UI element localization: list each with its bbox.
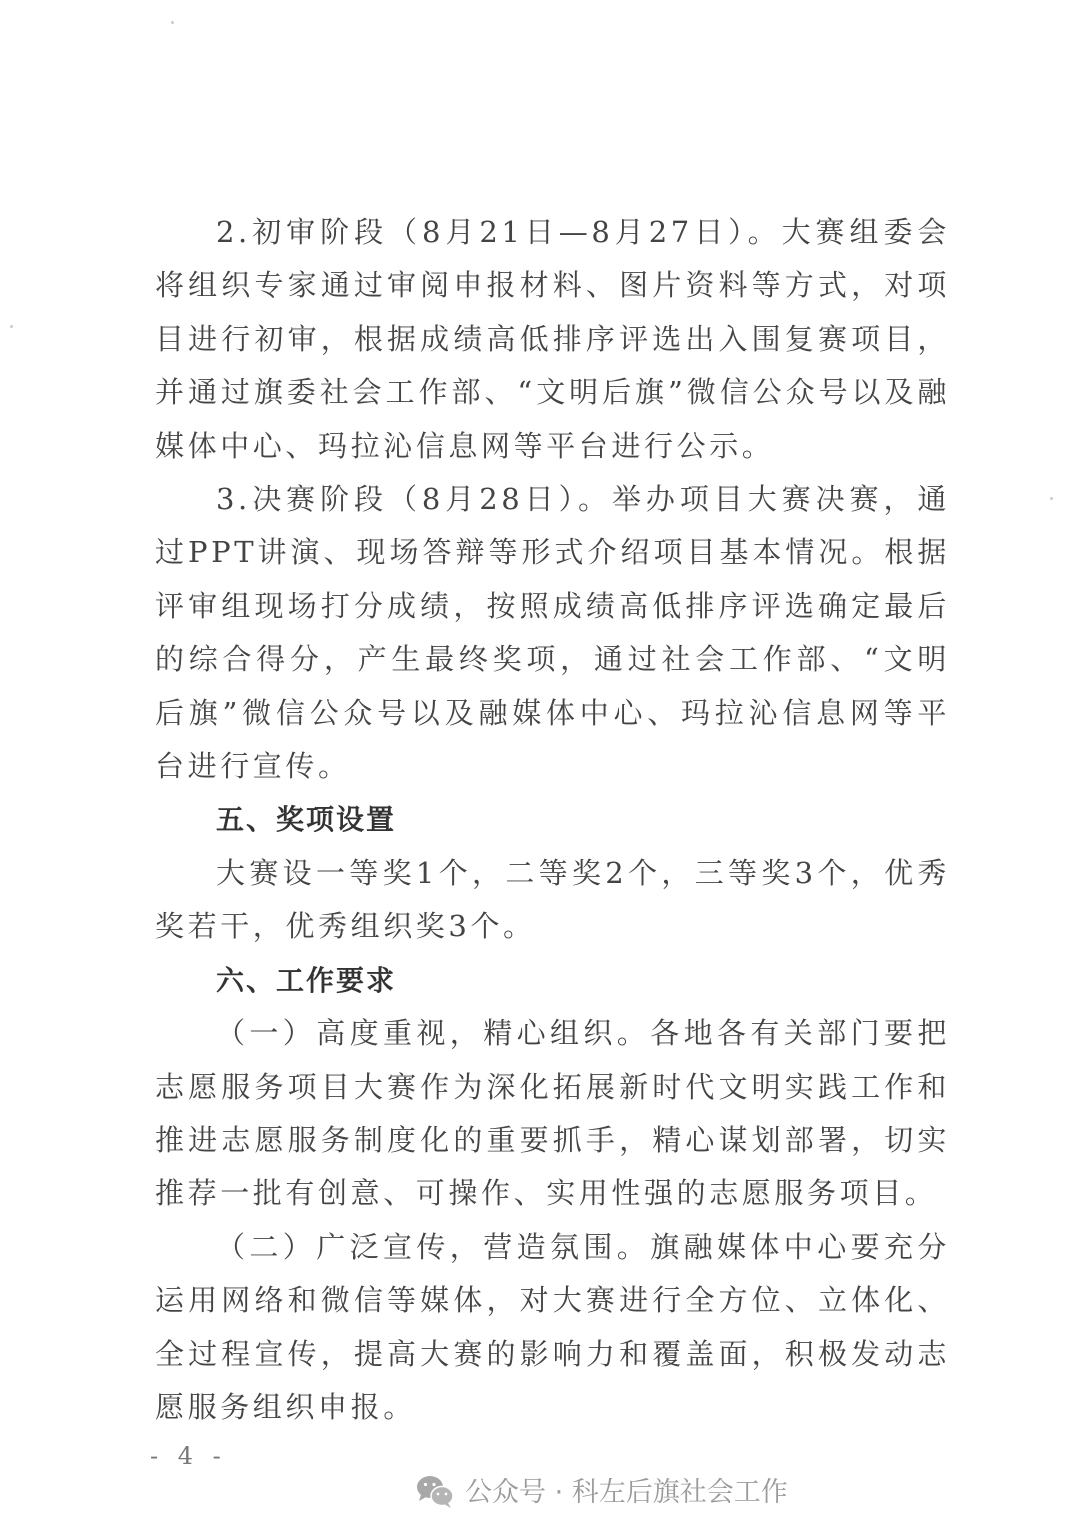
paragraph-requirement-1: （一）高度重视，精心组织。各地各有关部门要把志愿服务项目大赛作为深化拓展新时代文… (155, 1007, 950, 1221)
document-body: 2.初审阶段（8月21日—8月27日）。大赛组委会将组织专家通过审阅申报材料、图… (155, 206, 950, 1434)
paragraph-final-round: 3.决赛阶段（8月28日）。举办项目大赛决赛，通过PPT讲演、现场答辩等形式介绍… (155, 473, 950, 793)
scan-speck (1050, 497, 1053, 500)
wechat-watermark: 公众号 · 科左后旗社会工作 (415, 1470, 788, 1509)
scan-speck (171, 21, 174, 24)
wechat-icon (415, 1473, 455, 1507)
page-number: - 4 - (150, 1442, 227, 1470)
section-heading-requirements: 六、工作要求 (155, 954, 950, 1007)
paragraph-requirement-2: （二）广泛宣传，营造氛围。旗融媒体中心要充分运用网络和微信等媒体，对大赛进行全方… (155, 1221, 950, 1435)
watermark-text: 公众号 · 科左后旗社会工作 (465, 1470, 788, 1509)
paragraph-preliminary-review: 2.初审阶段（8月21日—8月27日）。大赛组委会将组织专家通过审阅申报材料、图… (155, 206, 950, 473)
scan-speck (10, 325, 13, 328)
section-heading-awards: 五、奖项设置 (155, 793, 950, 846)
document-page: 2.初审阶段（8月21日—8月27日）。大赛组委会将组织专家通过审阅申报材料、图… (0, 0, 1080, 1529)
paragraph-awards: 大赛设一等奖1个，二等奖2个，三等奖3个，优秀奖若干，优秀组织奖3个。 (155, 847, 950, 954)
